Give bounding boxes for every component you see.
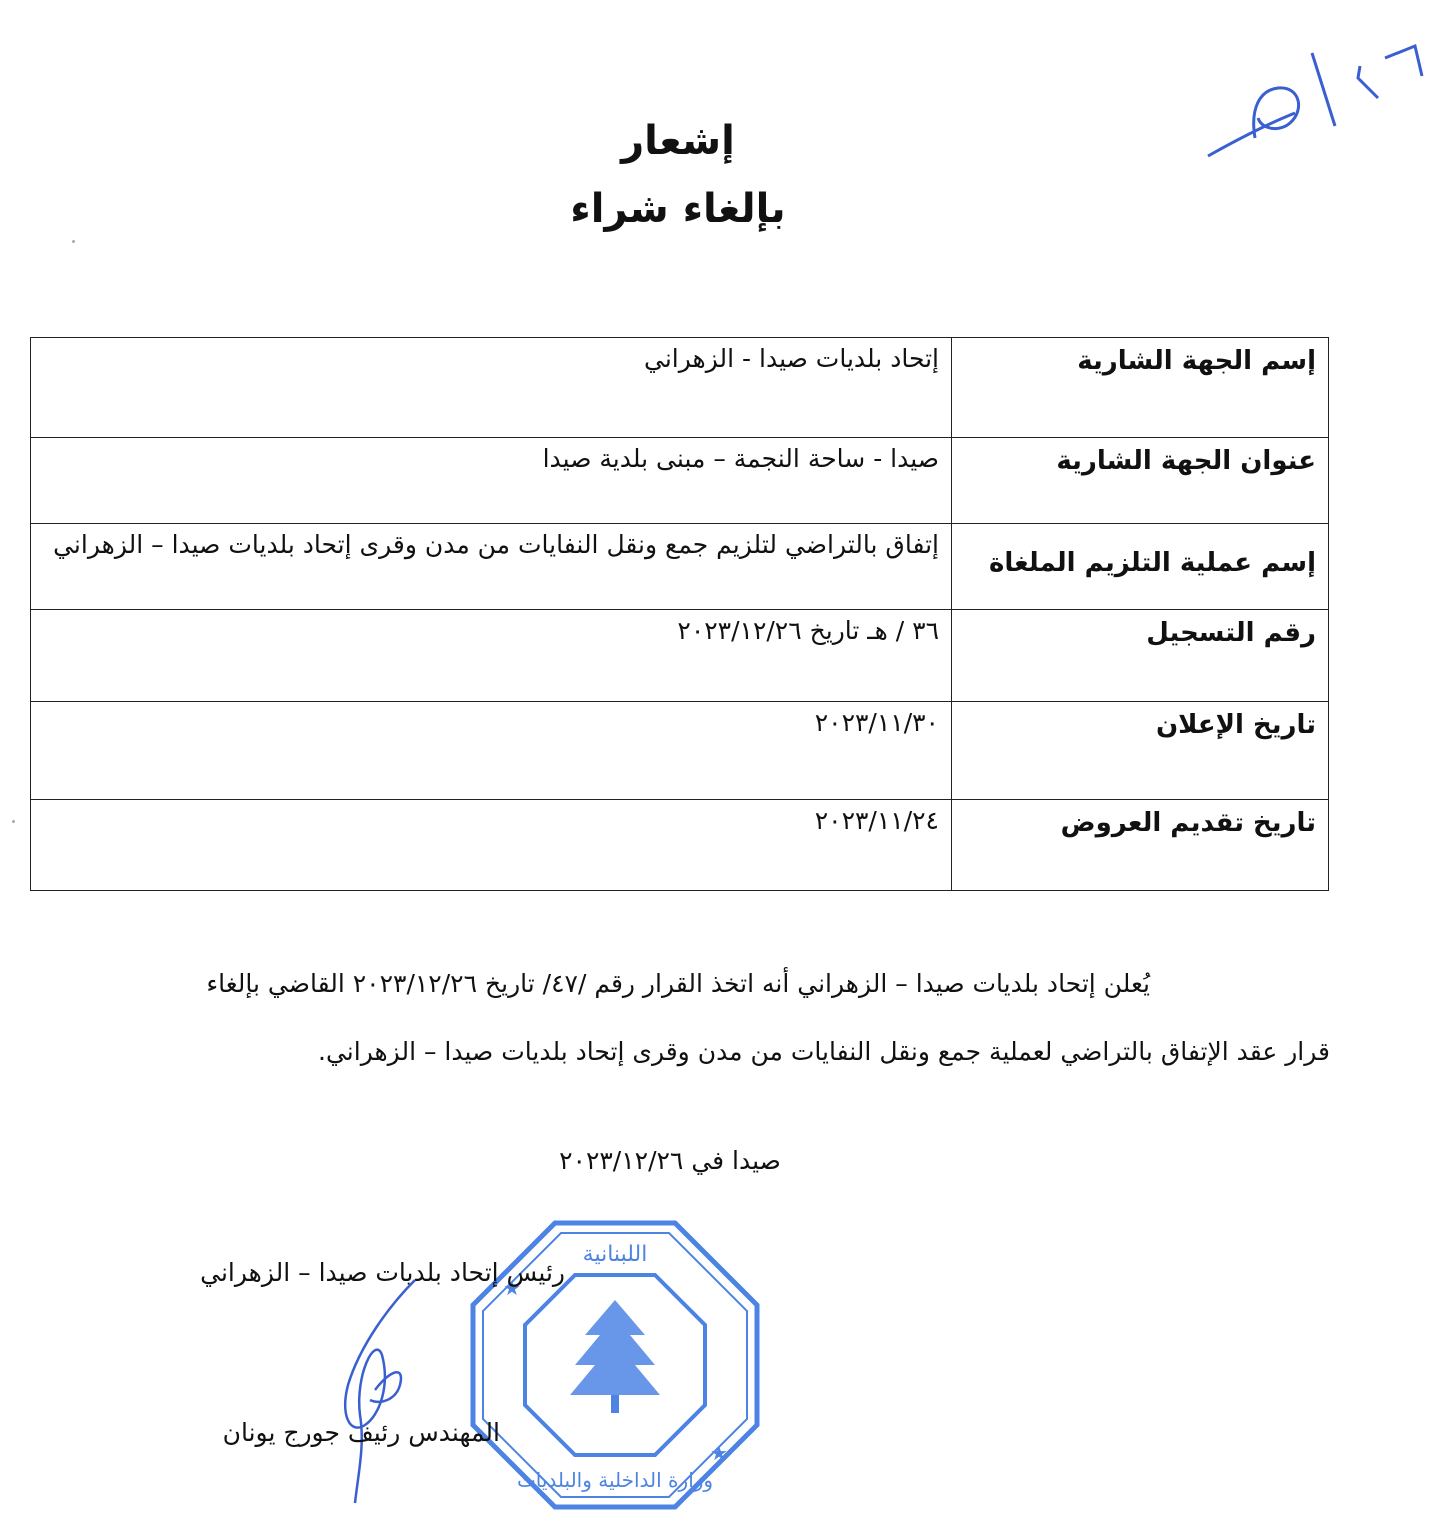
- info-table: إسم الجهة الشارية إتحاد بلديات صيدا - ال…: [30, 337, 1329, 891]
- row-label: رقم التسجيل: [952, 610, 1329, 702]
- row-label: إسم عملية التلزيم الملغاة: [952, 524, 1329, 610]
- svg-text:اللبنانية: اللبنانية: [583, 1242, 648, 1267]
- signatory-name: المهندس رئيف جورج يونان: [150, 1418, 500, 1447]
- signature-icon: [320, 1275, 440, 1505]
- announcement-paragraph: يُعلن إتحاد بلديات صيدا – الزهراني أنه ا…: [30, 950, 1330, 1086]
- table-row: تاريخ تقديم العروض ٢٠٢٣/١١/٢٤: [31, 800, 1329, 891]
- row-value: صيدا - ساحة النجمة – مبنى بلدية صيدا: [31, 438, 952, 524]
- scan-speck: [12, 820, 15, 823]
- table-row: إسم عملية التلزيم الملغاة إتفاق بالتراضي…: [31, 524, 1329, 610]
- table-row: تاريخ الإعلان ٢٠٢٣/١١/٣٠: [31, 702, 1329, 800]
- announcement-line-1: يُعلن إتحاد بلديات صيدا – الزهراني أنه ا…: [30, 950, 1330, 1018]
- scan-speck: [72, 240, 75, 243]
- title-cancel-purchase: بإلغاء شراء: [0, 186, 1356, 232]
- table-row: عنوان الجهة الشارية صيدا - ساحة النجمة –…: [31, 438, 1329, 524]
- row-value: ٢٠٢٣/١١/٣٠: [31, 702, 952, 800]
- row-label: إسم الجهة الشارية: [952, 338, 1329, 438]
- svg-text:وزارة الداخلية والبلديات: وزارة الداخلية والبلديات: [517, 1468, 713, 1492]
- announcement-line-2: قرار عقد الإتفاق بالتراضي لعملية جمع ونق…: [30, 1018, 1330, 1086]
- row-value: إتفاق بالتراضي لتلزيم جمع ونقل النفايات …: [31, 524, 952, 610]
- table-row: إسم الجهة الشارية إتحاد بلديات صيدا - ال…: [31, 338, 1329, 438]
- row-value: إتحاد بلديات صيدا - الزهراني: [31, 338, 952, 438]
- table-row: رقم التسجيل ٣٦ / هـ تاريخ ٢٠٢٣/١٢/٢٦: [31, 610, 1329, 702]
- row-value: ٣٦ / هـ تاريخ ٢٠٢٣/١٢/٢٦: [31, 610, 952, 702]
- row-label: تاريخ الإعلان: [952, 702, 1329, 800]
- place-and-date: صيدا في ٢٠٢٣/١٢/٢٦: [500, 1146, 840, 1175]
- title-notice: إشعار: [0, 118, 1356, 164]
- row-label: عنوان الجهة الشارية: [952, 438, 1329, 524]
- row-label: تاريخ تقديم العروض: [952, 800, 1329, 891]
- svg-text:★: ★: [710, 1441, 728, 1465]
- row-value: ٢٠٢٣/١١/٢٤: [31, 800, 952, 891]
